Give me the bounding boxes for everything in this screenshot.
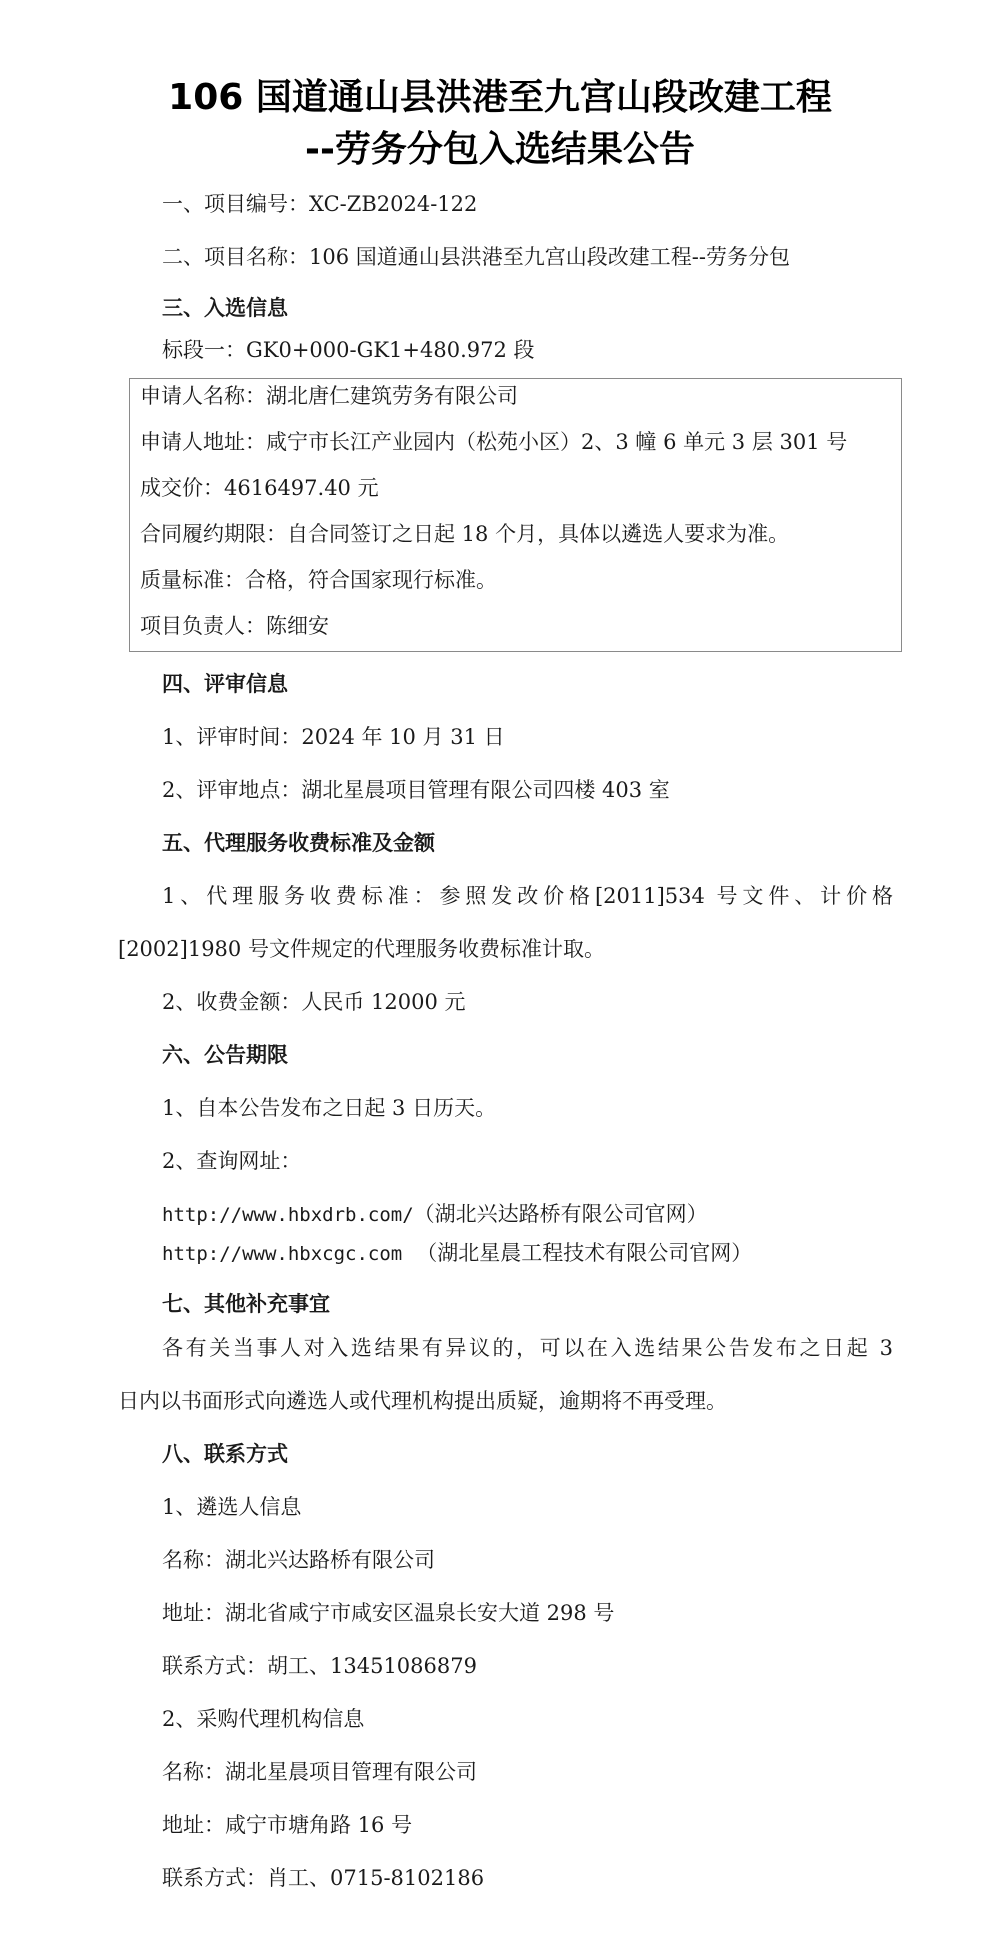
agency-name: 名称：湖北星晨项目管理有限公司 <box>162 1758 477 1786</box>
url-link-2[interactable]: http://www.hbxcgc.com <box>162 1243 402 1265</box>
selector-name: 名称：湖北兴达路桥有限公司 <box>162 1546 435 1574</box>
section7-heading: 七、其他补充事宜 <box>162 1290 330 1318</box>
objection-line1: 各有关当事人对入选结果有异议的，可以在入选结果公告发布之日起 3 <box>162 1334 893 1362</box>
project-number: 一、项目编号：XC-ZB2024-122 <box>162 190 477 218</box>
project-number-label: 一、项目编号： <box>162 192 309 216</box>
section4-heading: 四、评审信息 <box>162 670 288 698</box>
selector-heading: 1、遴选人信息 <box>162 1493 301 1521</box>
project-manager: 项目负责人：陈细安 <box>140 612 329 640</box>
document-title-line1: 106 国道通山县洪港至九宫山段改建工程 <box>0 76 1000 120</box>
section3-heading: 三、入选信息 <box>162 294 288 322</box>
project-name-label: 二、项目名称： <box>162 245 309 269</box>
agency-heading: 2、采购代理机构信息 <box>162 1705 364 1733</box>
lot-info: 标段一：GK0+000-GK1+480.972 段 <box>162 336 535 364</box>
objection-line2: 日内以书面形式向遴选人或代理机构提出质疑，逾期将不再受理。 <box>118 1387 727 1415</box>
announcement-period: 1、自本公告发布之日起 3 日历天。 <box>162 1094 496 1122</box>
fee-amount: 2、收费金额：人民币 12000 元 <box>162 988 466 1016</box>
url-item-2: http://www.hbxcgc.com（湖北星晨工程技术有限公司官网） <box>162 1239 752 1268</box>
agency-contact: 联系方式：肖工、0715-8102186 <box>162 1864 484 1892</box>
url-note-2: （湖北星晨工程技术有限公司官网） <box>416 1241 752 1265</box>
transaction-price: 成交价：4616497.40 元 <box>140 474 379 502</box>
section8-heading: 八、联系方式 <box>162 1440 288 1468</box>
fee-standard-line1: 1、代理服务收费标准：参照发改价格[2011]534 号文件、计价格 <box>162 882 893 910</box>
quality-standard: 质量标准：合格，符合国家现行标准。 <box>140 566 497 594</box>
applicant-name: 申请人名称：湖北唐仁建筑劳务有限公司 <box>140 382 518 410</box>
query-url-label: 2、查询网址： <box>162 1147 301 1175</box>
selected-bidder-box <box>129 378 902 652</box>
project-name-value: 106 国道通山县洪港至九宫山段改建工程--劳务分包 <box>309 245 790 269</box>
document-page: 106 国道通山县洪港至九宫山段改建工程 --劳务分包入选结果公告 一、项目编号… <box>0 0 1000 1951</box>
section6-heading: 六、公告期限 <box>162 1041 288 1069</box>
agency-address: 地址：咸宁市塘角路 16 号 <box>162 1811 412 1839</box>
document-title-line2: --劳务分包入选结果公告 <box>0 128 1000 172</box>
selector-address: 地址：湖北省咸宁市咸安区温泉长安大道 298 号 <box>162 1599 614 1627</box>
contract-period: 合同履约期限：自合同签订之日起 18 个月，具体以遴选人要求为准。 <box>140 520 789 548</box>
url-note-1: （湖北兴达路桥有限公司官网） <box>414 1202 708 1226</box>
review-location: 2、评审地点：湖北星晨项目管理有限公司四楼 403 室 <box>162 776 670 804</box>
selector-contact: 联系方式：胡工、13451086879 <box>162 1652 477 1680</box>
project-name: 二、项目名称：106 国道通山县洪港至九宫山段改建工程--劳务分包 <box>162 243 790 271</box>
review-time: 1、评审时间：2024 年 10 月 31 日 <box>162 723 505 751</box>
applicant-address: 申请人地址：咸宁市长江产业园内（松苑小区）2、3 幢 6 单元 3 层 301 … <box>140 428 847 456</box>
section5-heading: 五、代理服务收费标准及金额 <box>162 829 435 857</box>
fee-standard-line2: [2002]1980 号文件规定的代理服务收费标准计取。 <box>118 935 605 963</box>
project-number-value: XC-ZB2024-122 <box>309 192 477 216</box>
url-item-1: http://www.hbxdrb.com/（湖北兴达路桥有限公司官网） <box>162 1200 708 1229</box>
url-link-1[interactable]: http://www.hbxdrb.com/ <box>162 1204 414 1226</box>
